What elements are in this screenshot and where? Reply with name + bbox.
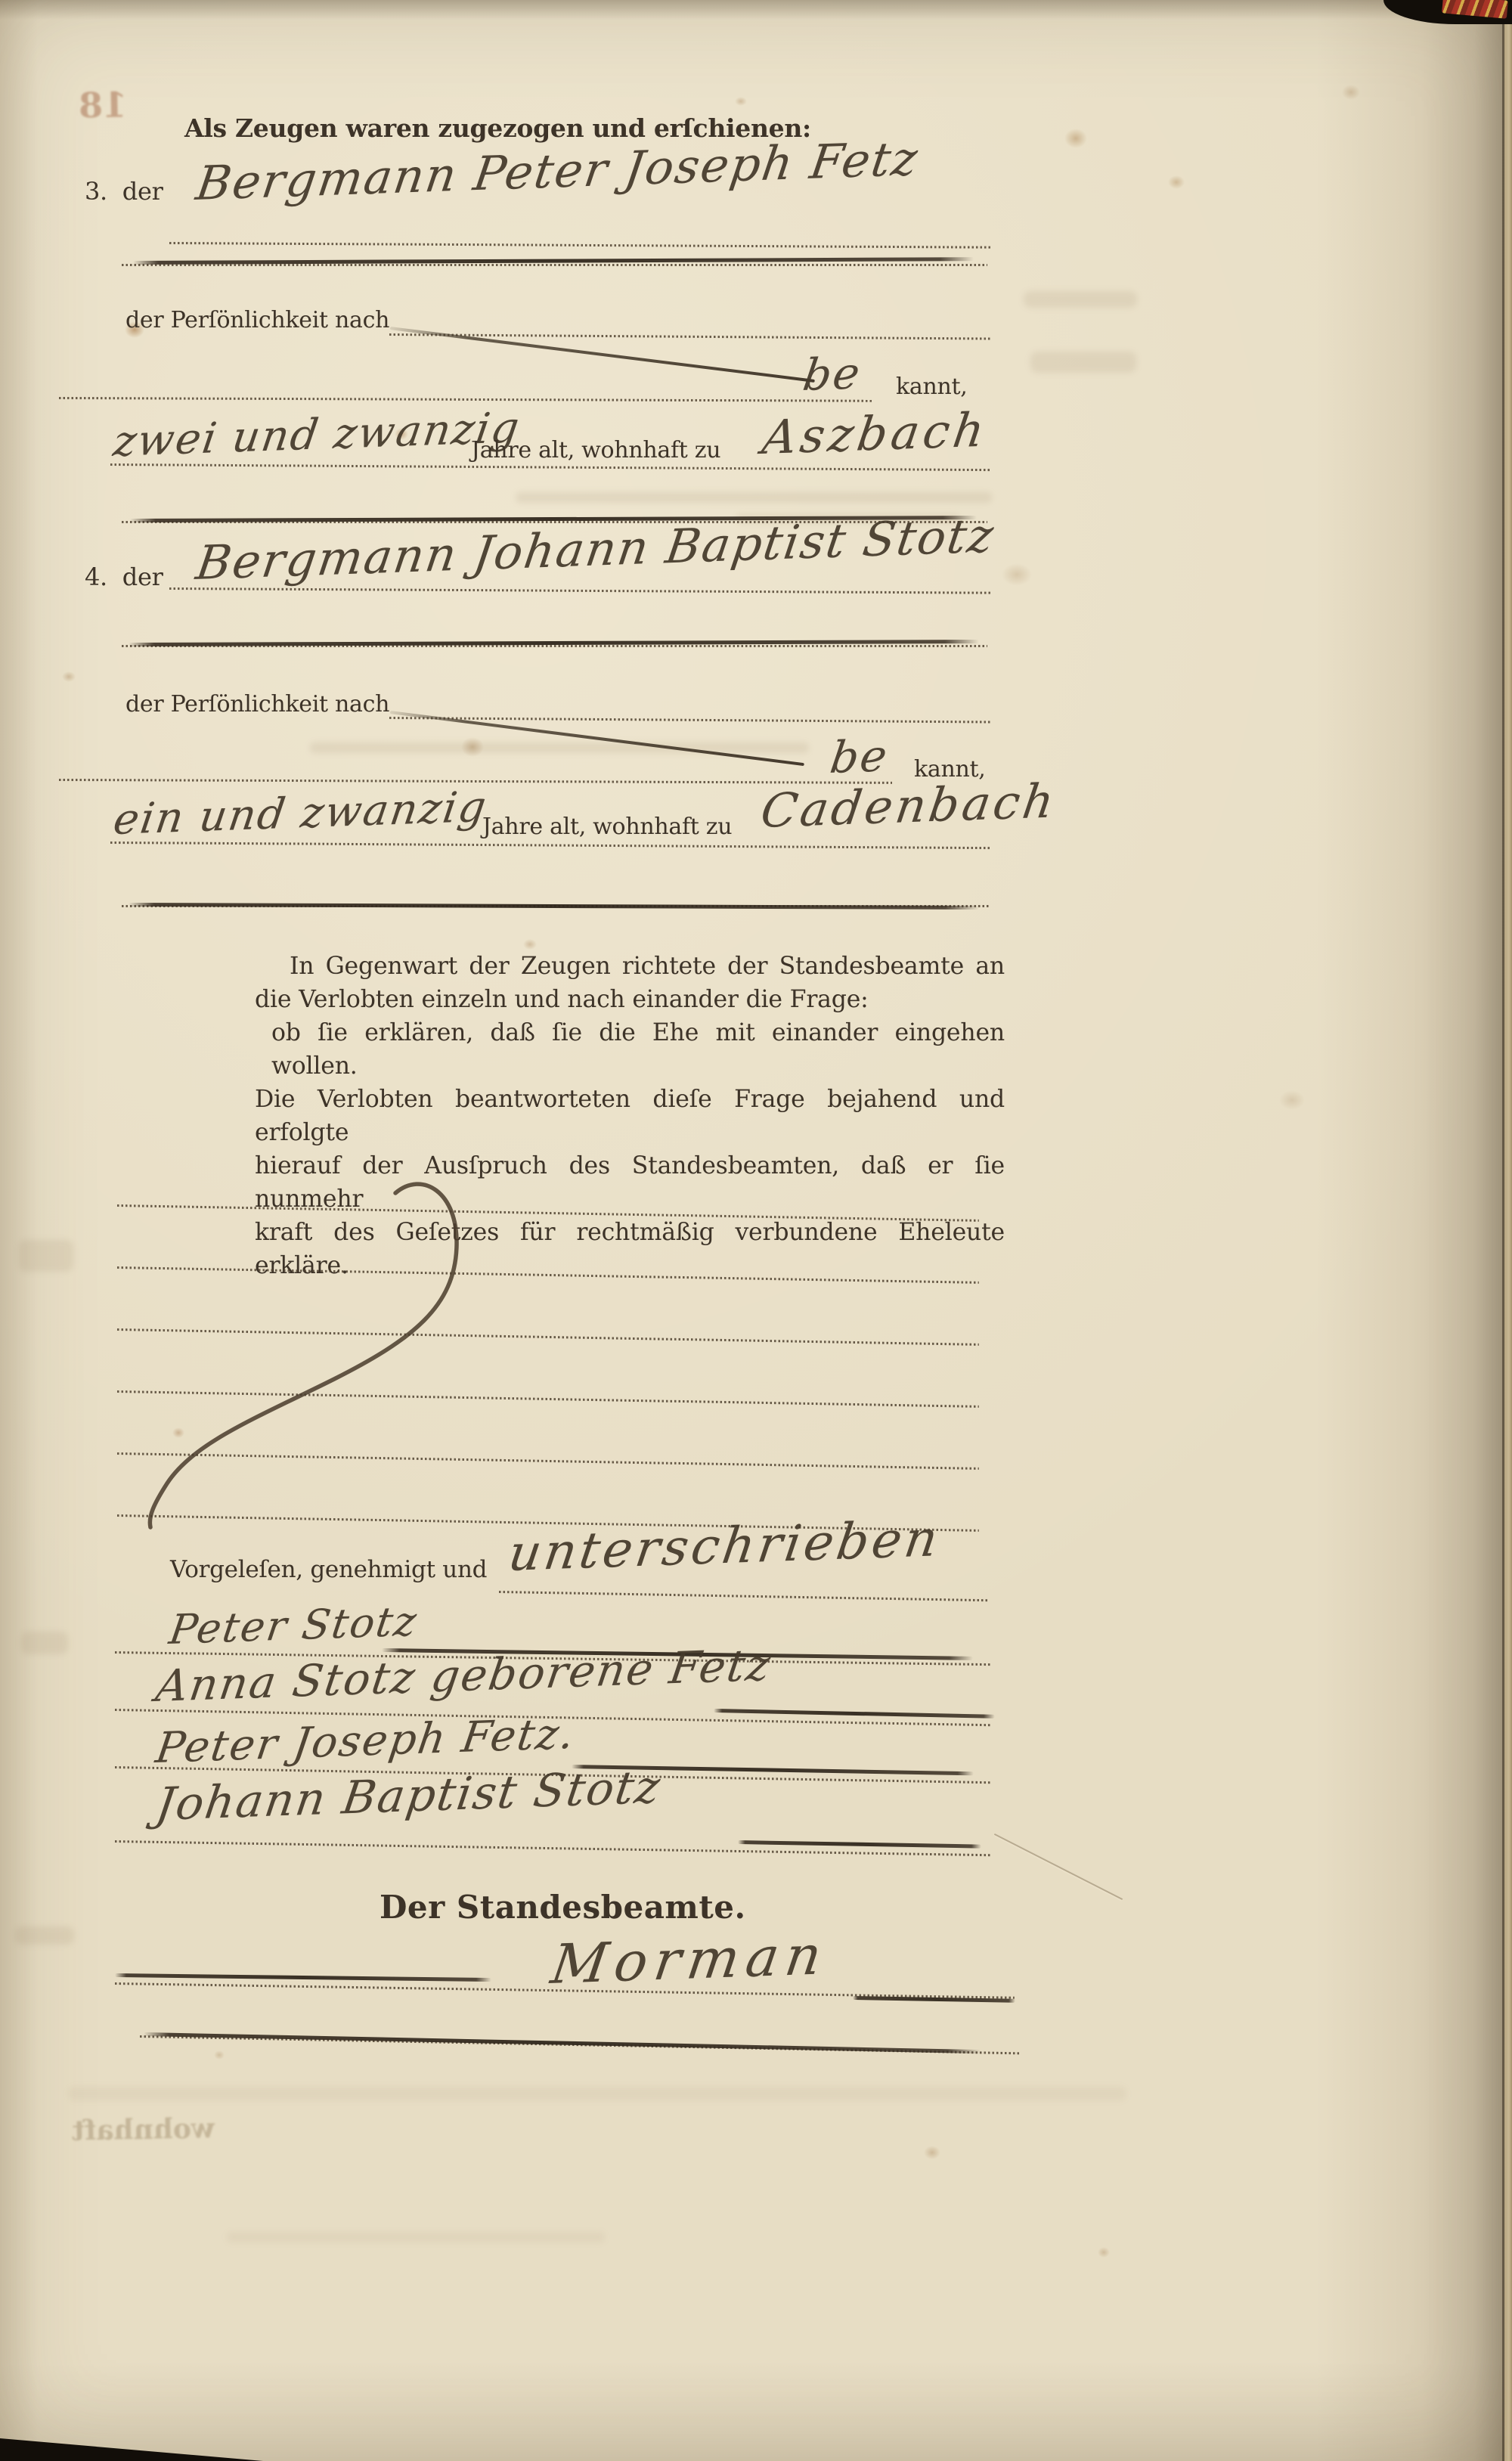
bleedthrough-smudge [15, 1926, 74, 1945]
declaration-line: die Verlobten einzeln und nach einander … [255, 983, 1005, 1016]
gutter-page-edge [1504, 0, 1512, 2461]
declaration-line: ob ſie erklären, daß ſie die Ehe mit ein… [255, 1016, 1005, 1083]
witness-4-residence-handwritten: Cadenbach [758, 773, 1060, 838]
declaration-line: Die Verlobten beantworteten dieſe Frage … [255, 1083, 1005, 1149]
witness-4-identity-handwritten: be [827, 730, 891, 783]
bleedthrough-smudge [21, 1632, 68, 1654]
witness-3-identity-print: kannt, [896, 373, 968, 400]
declaration-line: In Gegenwart der Zeugen richtete der Sta… [255, 950, 1005, 983]
witness-3-age-label: Jahre alt, wohnhaft zu [471, 437, 720, 463]
bleedthrough-word: wohnhaft [72, 2112, 215, 2146]
bleedthrough-smudge [227, 2232, 605, 2242]
bleedthrough-smudge [310, 742, 809, 753]
witness-4-age-label: Jahre alt, wohnhaft zu [482, 814, 732, 840]
gutter-crease [1502, 0, 1504, 2461]
declaration-line: hierauf der Ausſpruch des Standesbeamten… [255, 1149, 1005, 1216]
witness-4-identity-label: der Perſönlichkeit nach [125, 691, 389, 718]
bleedthrough-page-number: 18 [79, 84, 128, 126]
witness-4-number: 4. der [85, 563, 163, 591]
bleedthrough-smudge [1030, 352, 1136, 373]
bleedthrough-smudge [68, 2087, 1126, 2100]
witness-3-identity-handwritten: be [800, 347, 864, 401]
bleedthrough-smudge [516, 492, 992, 503]
bleedthrough-smudge [1024, 291, 1137, 308]
declaration-paragraph: In Gegenwart der Zeugen richtete der Sta… [255, 950, 1005, 1282]
registry-document-page: 18 wohnhaft Als Zeugen waren zugezogen u… [0, 0, 1512, 2461]
bleedthrough-smudge [19, 1240, 73, 1272]
closing-printed-label: Vorgeleſen, genehmigt und [170, 1556, 487, 1583]
witness-3-identity-label: der Perſönlichkeit nach [125, 307, 389, 333]
ruled-line [122, 264, 987, 266]
witness-3-residence-handwritten: Aszbach [759, 402, 992, 465]
registrar-signature: Morman [547, 1923, 832, 1996]
signature-1: Peter Stotz [166, 1598, 421, 1654]
registrar-title: Der Standesbeamte. [380, 1889, 746, 1926]
witness-3-number: 3. der [85, 177, 163, 206]
